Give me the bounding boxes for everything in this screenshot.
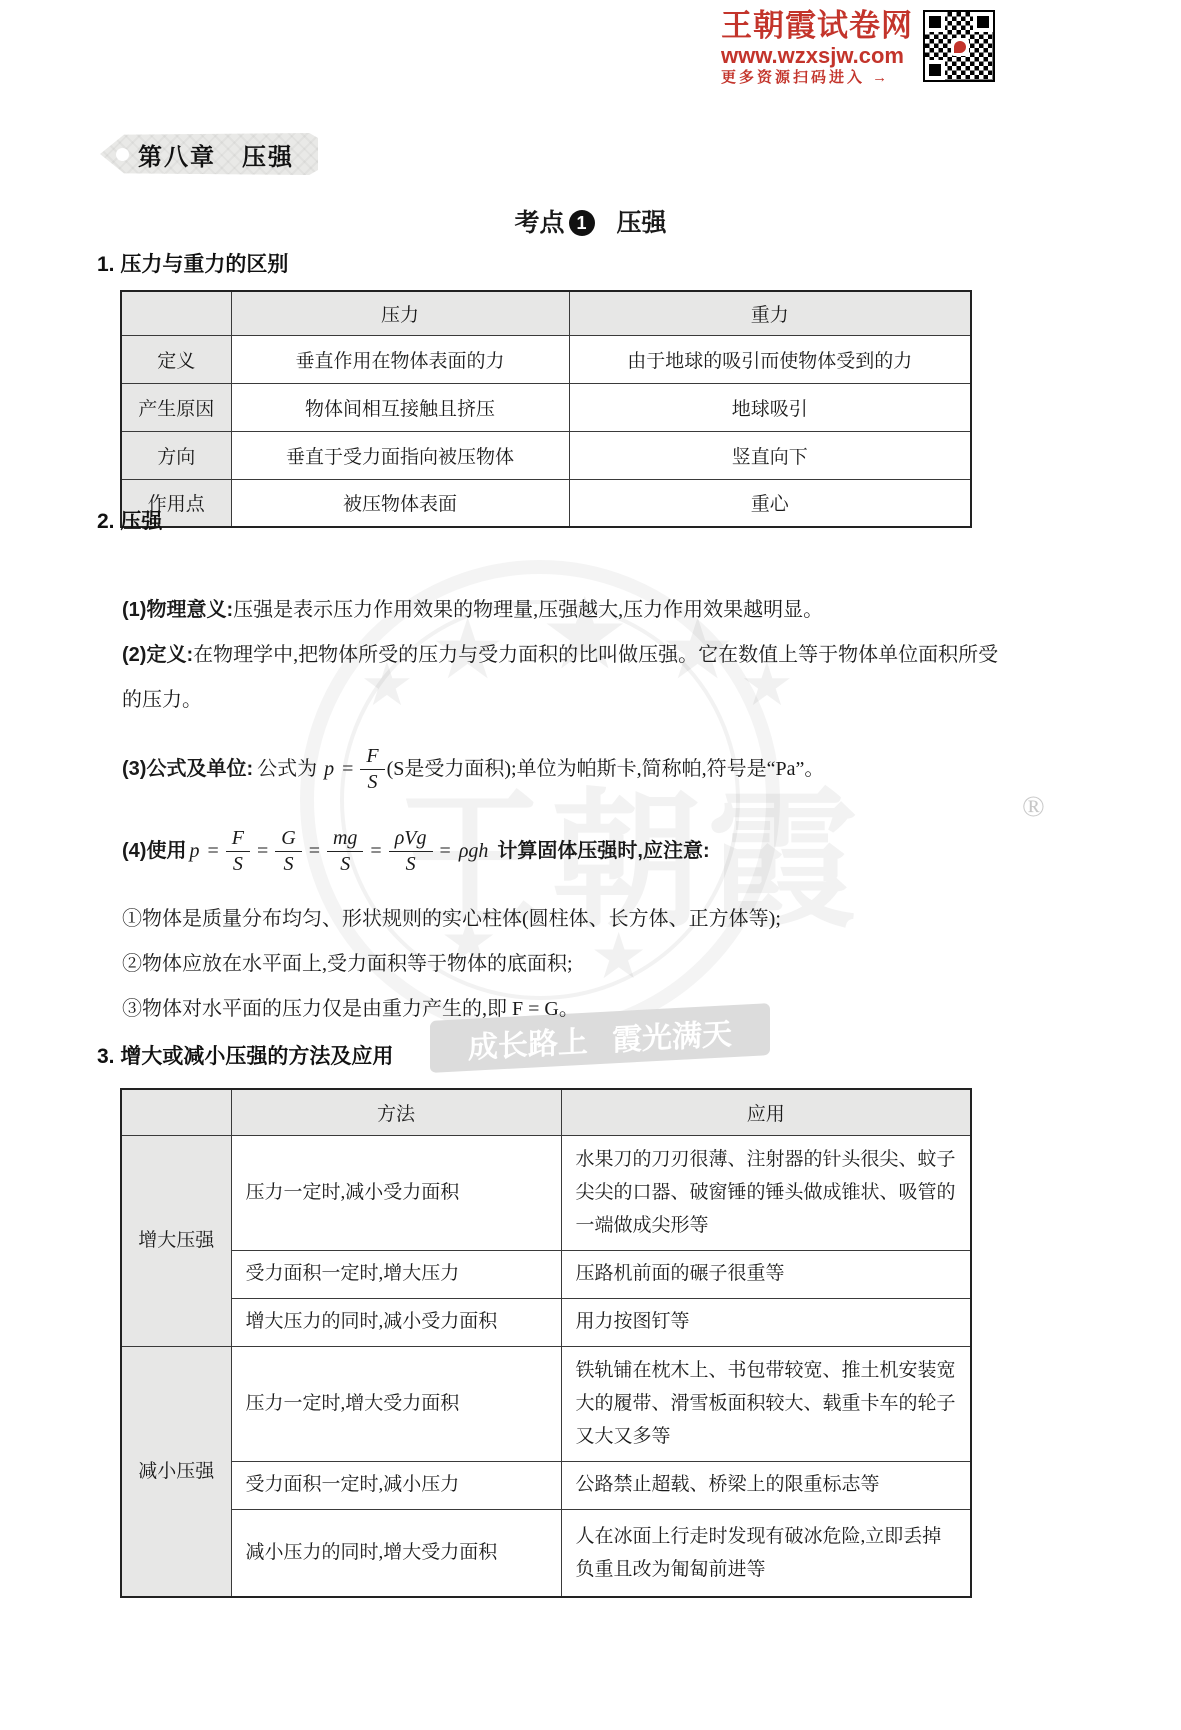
row-header: 方向 bbox=[121, 431, 231, 479]
equals-sign: = bbox=[202, 836, 223, 866]
equals-sign: = bbox=[252, 836, 273, 866]
topic-prefix: 考点 bbox=[514, 209, 564, 237]
paragraph-text: 压强是表示压力作用效果的物理量,压强越大,压力作用效果越明显。 bbox=[233, 599, 823, 621]
application-cell: 公路禁止超载、桥梁上的限重标志等 bbox=[561, 1461, 971, 1509]
fraction-F-over-S: F S bbox=[226, 827, 250, 876]
method-cell: 减小压力的同时,增大受力面积 bbox=[231, 1509, 561, 1597]
note-item-1: ①物体是质量分布均匀、形状规则的实心柱体(圆柱体、长方体、正方体等); bbox=[122, 897, 1017, 942]
application-cell: 铁轨铺在枕木上、书包带较宽、推土机安装宽大的履带、滑雪板面积较大、载重卡车的轮子… bbox=[561, 1346, 971, 1461]
fraction-denominator: S bbox=[334, 852, 356, 876]
fraction-G-over-S: G S bbox=[275, 827, 301, 876]
table-row: 作用点 被压物体表面 重心 bbox=[121, 479, 971, 527]
table-header-row: 方法 应用 bbox=[121, 1089, 971, 1135]
table-header-row: 压力 重力 bbox=[121, 291, 971, 335]
qr-finder-icon bbox=[925, 60, 945, 80]
section-2-body: (1)物理意义:压强是表示压力作用效果的物理量,压强越大,压力作用效果越明显。 … bbox=[122, 588, 1017, 1032]
section-1-heading: 1. 压力与重力的区别 bbox=[97, 248, 288, 278]
paragraph-label: (4)使用 bbox=[122, 836, 186, 866]
table-row: 减小压强 压力一定时,增大受力面积 铁轨铺在枕木上、书包带较宽、推土机安装宽大的… bbox=[121, 1346, 971, 1461]
formula-unit-line: (3)公式及单位: 公式为 p = F S (S是受力面积);单位为帕斯卡,简称… bbox=[122, 733, 1017, 805]
column-header: 方法 bbox=[231, 1089, 561, 1135]
topic-title: 压强 bbox=[617, 209, 667, 237]
fraction-numerator: ρVg bbox=[389, 827, 433, 852]
row-header: 定义 bbox=[121, 335, 231, 383]
qr-code bbox=[923, 10, 995, 82]
fraction-rhoVg-over-S: ρVg S bbox=[389, 827, 433, 876]
formula-variable: p bbox=[321, 754, 337, 784]
fraction-F-over-S: F S bbox=[360, 745, 384, 794]
fraction-denominator: S bbox=[362, 770, 384, 794]
equals-sign: = bbox=[337, 754, 358, 784]
site-header: 王朝霞试卷网 www.wzxsjw.com 更多资源扫码进入 → bbox=[721, 10, 995, 87]
table-cell: 由于地球的吸引而使物体受到的力 bbox=[569, 335, 971, 383]
table-cell: 垂直于受力面指向被压物体 bbox=[231, 431, 569, 479]
application-cell: 水果刀的刀刃很薄、注射器的针头很尖、蚊子尖尖的口器、破窗锤的锤头做成锥状、吸管的… bbox=[561, 1135, 971, 1250]
table-corner-cell bbox=[121, 291, 231, 335]
application-cell: 用力按图钉等 bbox=[561, 1298, 971, 1346]
paragraph-label: (3)公式及单位: bbox=[122, 754, 253, 784]
site-tagline: 更多资源扫码进入 → bbox=[721, 68, 913, 88]
method-cell: 受力面积一定时,减小压力 bbox=[231, 1461, 561, 1509]
section-2-heading: 2. 压强 bbox=[97, 505, 162, 535]
fraction-denominator: S bbox=[277, 852, 299, 876]
note-item-2: ②物体应放在水平面上,受力面积等于物体的底面积; bbox=[122, 942, 1017, 987]
fraction-numerator: F bbox=[226, 827, 250, 852]
paragraph-text: 在物理学中,把物体所受的压力与受力面积的比叫做压强。它在数值上等于物体单位面积所… bbox=[122, 644, 998, 711]
group-header-increase: 增大压强 bbox=[121, 1135, 231, 1346]
table-cell: 被压物体表面 bbox=[231, 479, 569, 527]
column-header: 压力 bbox=[231, 291, 569, 335]
qr-finder-icon bbox=[973, 12, 993, 32]
tag-hole-icon bbox=[116, 148, 129, 161]
table-row: 方向 垂直于受力面指向被压物体 竖直向下 bbox=[121, 431, 971, 479]
formula-post-text: 计算固体压强时,应注意: bbox=[491, 836, 709, 866]
table-row: 受力面积一定时,减小压力 公路禁止超载、桥梁上的限重标志等 bbox=[121, 1461, 971, 1509]
application-cell: 压路机前面的碾子很重等 bbox=[561, 1250, 971, 1298]
table-row: 受力面积一定时,增大压力 压路机前面的碾子很重等 bbox=[121, 1250, 971, 1298]
pressure-vs-gravity-table: 压力 重力 定义 垂直作用在物体表面的力 由于地球的吸引而使物体受到的力 产生原… bbox=[120, 290, 972, 528]
qr-finder-icon bbox=[925, 12, 945, 32]
topic-heading: 考点1压强 bbox=[0, 203, 1181, 239]
fraction-numerator: G bbox=[275, 827, 301, 852]
fraction-numerator: mg bbox=[327, 827, 363, 852]
method-cell: 增大压力的同时,减小受力面积 bbox=[231, 1298, 561, 1346]
method-cell: 压力一定时,增大受力面积 bbox=[231, 1346, 561, 1461]
group-header-decrease: 减小压强 bbox=[121, 1346, 231, 1597]
equals-sign: = bbox=[304, 836, 325, 866]
table-corner-cell bbox=[121, 1089, 231, 1135]
paragraph-physical-meaning: (1)物理意义:压强是表示压力作用效果的物理量,压强越大,压力作用效果越明显。 bbox=[122, 588, 1017, 633]
formula-usage-line: (4)使用 p = F S = G S = mg S = ρVg S = ρ bbox=[122, 815, 1017, 887]
registered-mark: ® bbox=[1022, 790, 1045, 824]
fraction-denominator: S bbox=[400, 852, 422, 876]
table-row: 产生原因 物体间相互接触且挤压 地球吸引 bbox=[121, 383, 971, 431]
table-cell: 竖直向下 bbox=[569, 431, 971, 479]
pressure-methods-table: 方法 应用 增大压强 压力一定时,减小受力面积 水果刀的刀刃很薄、注射器的针头很… bbox=[120, 1088, 972, 1598]
paragraph-definition: (2)定义:在物理学中,把物体所受的压力与受力面积的比叫做压强。它在数值上等于物… bbox=[122, 633, 1017, 723]
site-logo: 王朝霞试卷网 www.wzxsjw.com 更多资源扫码进入 → bbox=[721, 10, 913, 87]
table-row: 增大压强 压力一定时,减小受力面积 水果刀的刀刃很薄、注射器的针头很尖、蚊子尖尖… bbox=[121, 1135, 971, 1250]
table-cell: 垂直作用在物体表面的力 bbox=[231, 335, 569, 383]
equals-sign: = bbox=[435, 836, 456, 866]
topic-number-badge: 1 bbox=[569, 210, 595, 236]
formula-rho-g-h: ρgh bbox=[456, 836, 492, 866]
table-cell: 重心 bbox=[569, 479, 971, 527]
formula-post-text: (S是受力面积);单位为帕斯卡,简称帕,符号是“Pa”。 bbox=[387, 754, 825, 784]
formula-variable: p bbox=[186, 836, 202, 866]
table-row: 增大压力的同时,减小受力面积 用力按图钉等 bbox=[121, 1298, 971, 1346]
row-header: 产生原因 bbox=[121, 383, 231, 431]
column-header: 重力 bbox=[569, 291, 971, 335]
qr-center-seal-icon bbox=[951, 38, 969, 56]
equals-sign: = bbox=[365, 836, 386, 866]
table-cell: 地球吸引 bbox=[569, 383, 971, 431]
formula-lead: 公式为 bbox=[253, 754, 321, 784]
paragraph-label: (1)物理意义: bbox=[122, 599, 233, 621]
method-cell: 压力一定时,减小受力面积 bbox=[231, 1135, 561, 1250]
method-cell: 受力面积一定时,增大压力 bbox=[231, 1250, 561, 1298]
fraction-numerator: F bbox=[360, 745, 384, 770]
section-3-heading: 3. 增大或减小压强的方法及应用 bbox=[97, 1040, 393, 1070]
fraction-denominator: S bbox=[227, 852, 249, 876]
paragraph-label: (2)定义: bbox=[122, 644, 193, 666]
table-row: 定义 垂直作用在物体表面的力 由于地球的吸引而使物体受到的力 bbox=[121, 335, 971, 383]
fraction-mg-over-S: mg S bbox=[327, 827, 363, 876]
column-header: 应用 bbox=[561, 1089, 971, 1135]
site-brand-name: 王朝霞试卷网 bbox=[721, 10, 913, 43]
site-url: www.wzxsjw.com bbox=[721, 43, 913, 68]
note-item-3: ③物体对水平面的压力仅是由重力产生的,即 F = G。 bbox=[122, 987, 1017, 1032]
application-cell: 人在冰面上行走时发现有破冰危险,立即丢掉负重且改为匍匐前进等 bbox=[561, 1509, 971, 1597]
chapter-title: 第八章 压强 bbox=[124, 137, 294, 172]
table-row: 减小压力的同时,增大受力面积 人在冰面上行走时发现有破冰危险,立即丢掉负重且改为… bbox=[121, 1509, 971, 1597]
chapter-banner: 第八章 压强 bbox=[100, 133, 318, 175]
table-cell: 物体间相互接触且挤压 bbox=[231, 383, 569, 431]
